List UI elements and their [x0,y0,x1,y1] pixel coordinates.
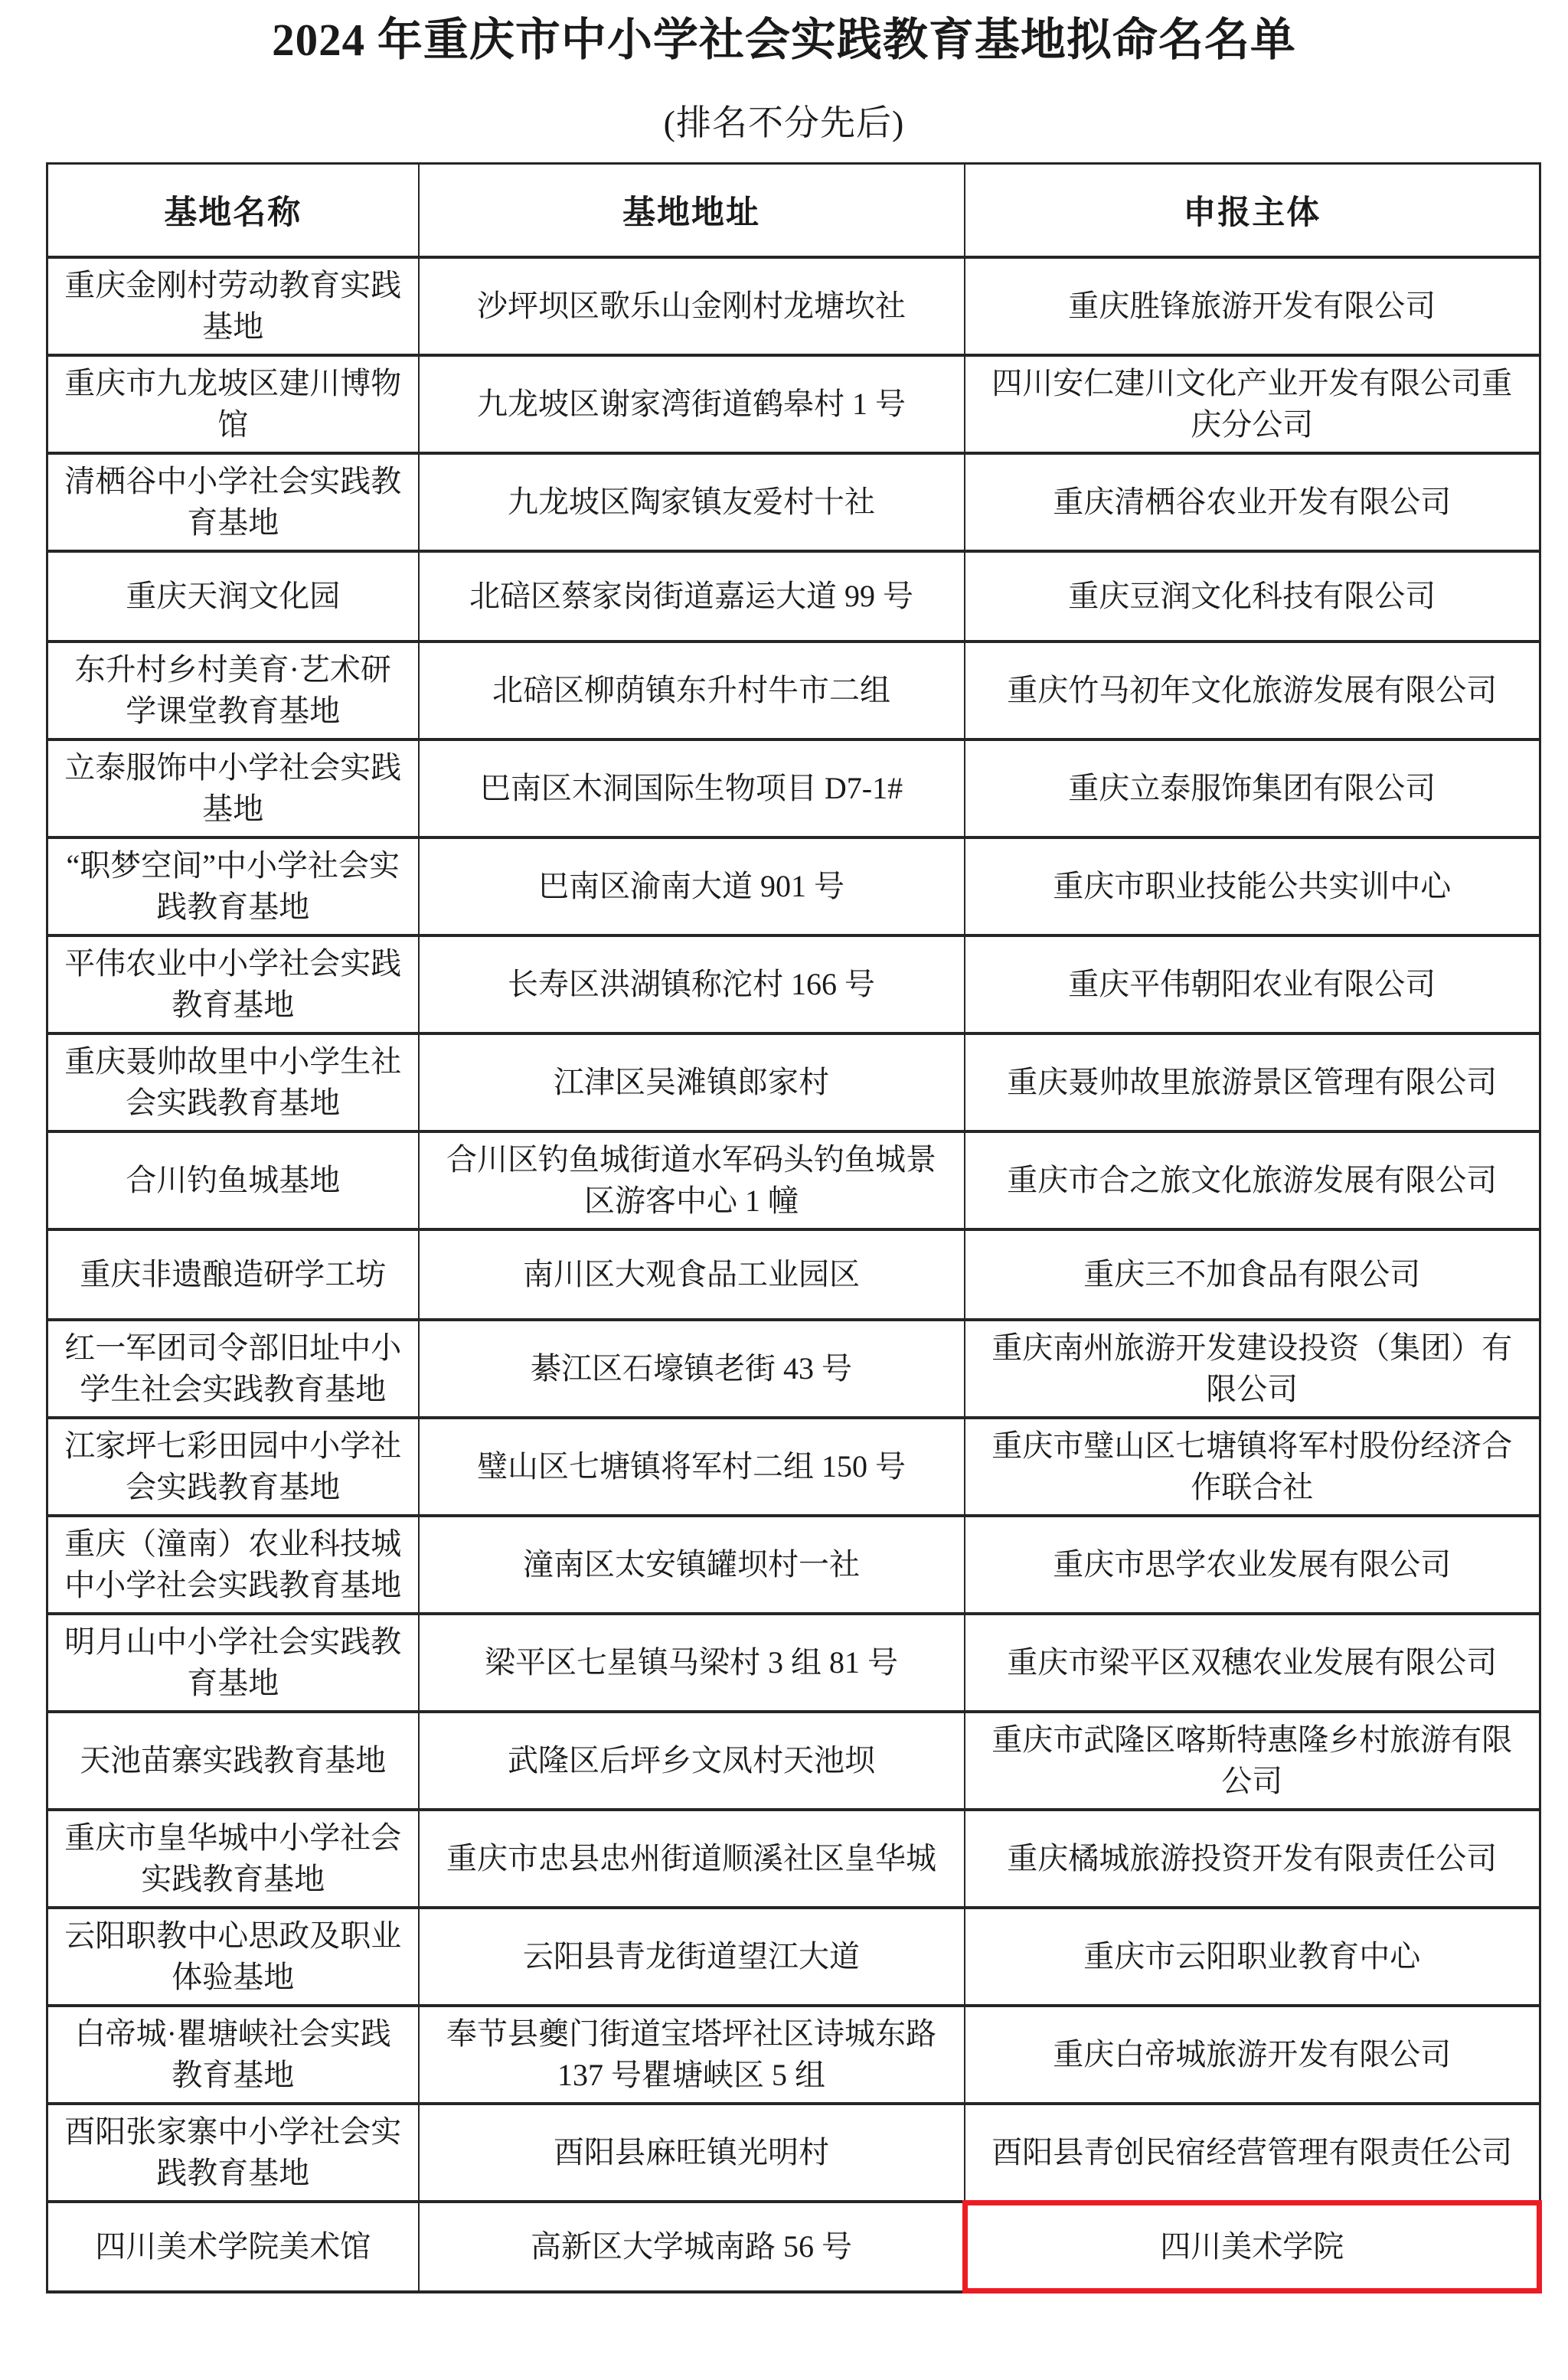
base-address-cell-text: 巴南区渝南大道 901 号 [538,869,844,903]
applicant-cell-text: 重庆市云阳职业教育中心 [1083,1939,1420,1974]
base-address-cell-text: 潼南区太安镇罐坝村一社 [523,1547,860,1582]
base-name-cell-text: 重庆非遗酿造研学工坊 [80,1257,386,1291]
table-row: 江家坪七彩田园中小学社会实践教育基地璧山区七塘镇将军村二组 150 号重庆市璧山… [47,1418,1540,1516]
table-row: 合川钓鱼城基地合川区钓鱼城街道水军码头钓鱼城景区游客中心 1 幢重庆市合之旅文化… [47,1131,1540,1229]
base-address-cell-text: 綦江区石壕镇老街 43 号 [531,1351,852,1386]
applicant-cell: 重庆市云阳职业教育中心 [965,1908,1540,2006]
base-name-cell: 天池苗寨实践教育基地 [47,1712,419,1810]
base-name-cell-text: 立泰服饰中小学社会实践基地 [64,750,401,826]
applicant-cell: 四川美术学院 [965,2202,1540,2292]
applicant-cell-text: 重庆橘城旅游投资开发有限责任公司 [1007,1841,1497,1876]
base-name-cell: 明月山中小学社会实践教育基地 [47,1614,419,1712]
base-address-cell-text: 云阳县青龙街道望江大道 [523,1939,860,1974]
applicant-cell-text: 重庆豆润文化科技有限公司 [1068,579,1436,613]
applicant-cell-text: 重庆平伟朝阳农业有限公司 [1068,967,1436,1001]
column-header-base-name: 基地名称 [47,163,419,257]
base-address-cell: 武隆区后坪乡文凤村天池坝 [419,1712,965,1810]
table-row: 立泰服饰中小学社会实践基地巴南区木洞国际生物项目 D7-1#重庆立泰服饰集团有限… [47,739,1540,837]
header-row: 基地名称 基地地址 申报主体 [47,163,1540,257]
applicant-cell-text: 重庆市合之旅文化旅游发展有限公司 [1007,1163,1497,1197]
base-address-cell-text: 梁平区七星镇马梁村 3 组 81 号 [485,1645,898,1680]
table-row: 云阳职教中心思政及职业体验基地云阳县青龙街道望江大道重庆市云阳职业教育中心 [47,1908,1540,2006]
table-row: “职梦空间”中小学社会实践教育基地巴南区渝南大道 901 号重庆市职业技能公共实… [47,837,1540,935]
applicant-cell: 重庆市璧山区七塘镇将军村股份经济合作联合社 [965,1418,1540,1516]
base-address-cell-text: 江津区吴滩镇郎家村 [554,1065,829,1099]
base-address-cell: 九龙坡区陶家镇友爱村十社 [419,453,965,551]
base-name-cell: 酉阳张家寨中小学社会实践教育基地 [47,2104,419,2202]
applicant-cell: 重庆胜锋旅游开发有限公司 [965,257,1540,355]
column-header-applicant: 申报主体 [965,163,1540,257]
applicant-cell: 重庆市合之旅文化旅游发展有限公司 [965,1131,1540,1229]
applicant-cell-text: 重庆竹马初年文化旅游发展有限公司 [1007,673,1497,707]
base-name-cell-text: 合川钓鱼城基地 [126,1163,340,1197]
base-address-cell: 高新区大学城南路 56 号 [419,2202,965,2292]
applicant-cell: 四川安仁建川文化产业开发有限公司重庆分公司 [965,355,1540,453]
base-name-cell: 红一军团司令部旧址中小学生社会实践教育基地 [47,1320,419,1418]
applicant-cell-text: 四川美术学院 [1160,2229,1344,2264]
table-row: 四川美术学院美术馆高新区大学城南路 56 号四川美术学院 [47,2202,1540,2292]
base-name-cell-text: 四川美术学院美术馆 [95,2229,371,2264]
base-name-cell: 重庆聂帅故里中小学生社会实践教育基地 [47,1033,419,1131]
base-address-cell-text: 长寿区洪湖镇称沱村 166 号 [508,967,875,1001]
base-name-cell-text: 云阳职教中心思政及职业体验基地 [64,1918,401,1994]
applicant-cell: 重庆聂帅故里旅游景区管理有限公司 [965,1033,1540,1131]
base-name-cell-text: 天池苗寨实践教育基地 [80,1743,386,1778]
table-row: 天池苗寨实践教育基地武隆区后坪乡文凤村天池坝重庆市武隆区喀斯特惠隆乡村旅游有限公… [47,1712,1540,1810]
base-name-cell-text: 东升村乡村美育·艺术研学课堂教育基地 [75,652,391,728]
base-name-cell: 云阳职教中心思政及职业体验基地 [47,1908,419,2006]
base-address-cell-text: 九龙坡区陶家镇友爱村十社 [508,485,875,519]
base-name-cell-text: 清栖谷中小学社会实践教育基地 [64,464,401,540]
base-address-cell: 沙坪坝区歌乐山金刚村龙塘坎社 [419,257,965,355]
table-row: 红一军团司令部旧址中小学生社会实践教育基地綦江区石壕镇老街 43 号重庆南州旅游… [47,1320,1540,1418]
base-name-cell: 江家坪七彩田园中小学社会实践教育基地 [47,1418,419,1516]
base-address-cell-text: 北碚区柳荫镇东升村牛市二组 [492,673,890,707]
table-body: 重庆金刚村劳动教育实践基地沙坪坝区歌乐山金刚村龙塘坎社重庆胜锋旅游开发有限公司重… [47,257,1540,2292]
applicant-cell: 重庆平伟朝阳农业有限公司 [965,935,1540,1033]
base-address-cell: 巴南区渝南大道 901 号 [419,837,965,935]
base-address-cell: 合川区钓鱼城街道水军码头钓鱼城景区游客中心 1 幢 [419,1131,965,1229]
base-address-cell-text: 武隆区后坪乡文凤村天池坝 [508,1743,875,1778]
table-row: 清栖谷中小学社会实践教育基地九龙坡区陶家镇友爱村十社重庆清栖谷农业开发有限公司 [47,453,1540,551]
table-row: 重庆市九龙坡区建川博物馆九龙坡区谢家湾街道鹤皋村 1 号四川安仁建川文化产业开发… [47,355,1540,453]
base-address-cell: 九龙坡区谢家湾街道鹤皋村 1 号 [419,355,965,453]
applicant-cell: 重庆竹马初年文化旅游发展有限公司 [965,642,1540,739]
base-name-cell: 白帝城·瞿塘峡社会实践教育基地 [47,2006,419,2104]
base-name-cell-text: 重庆市皇华城中小学社会实践教育基地 [64,1820,401,1896]
base-address-cell: 巴南区木洞国际生物项目 D7-1# [419,739,965,837]
base-address-cell: 北碚区柳荫镇东升村牛市二组 [419,642,965,739]
document-page: 2024 年重庆市中小学社会实践教育基地拟命名名单 (排名不分先后) 基地名称 … [0,0,1568,2380]
base-name-cell-text: 重庆天润文化园 [126,579,340,613]
base-name-cell: 东升村乡村美育·艺术研学课堂教育基地 [47,642,419,739]
applicant-cell: 重庆白帝城旅游开发有限公司 [965,2006,1540,2104]
applicant-cell: 重庆豆润文化科技有限公司 [965,551,1540,642]
applicant-cell-text: 重庆市武隆区喀斯特惠隆乡村旅游有限公司 [991,1722,1512,1798]
column-header-base-address: 基地地址 [419,163,965,257]
base-name-cell: 重庆市九龙坡区建川博物馆 [47,355,419,453]
applicant-cell: 重庆立泰服饰集团有限公司 [965,739,1540,837]
applicant-cell: 重庆市梁平区双穗农业发展有限公司 [965,1614,1540,1712]
applicant-cell: 重庆市思学农业发展有限公司 [965,1516,1540,1614]
table-header: 基地名称 基地地址 申报主体 [47,163,1540,257]
page-title: 2024 年重庆市中小学社会实践教育基地拟命名名单 [0,12,1568,69]
base-name-cell: 清栖谷中小学社会实践教育基地 [47,453,419,551]
applicant-cell-text: 酉阳县青创民宿经营管理有限责任公司 [991,2135,1512,2169]
base-address-cell-text: 沙坪坝区歌乐山金刚村龙塘坎社 [477,289,906,323]
table-row: 平伟农业中小学社会实践教育基地长寿区洪湖镇称沱村 166 号重庆平伟朝阳农业有限… [47,935,1540,1033]
base-name-cell: “职梦空间”中小学社会实践教育基地 [47,837,419,935]
applicant-cell: 重庆清栖谷农业开发有限公司 [965,453,1540,551]
table-row: 重庆非遗酿造研学工坊南川区大观食品工业园区重庆三不加食品有限公司 [47,1229,1540,1320]
applicant-cell-text: 重庆胜锋旅游开发有限公司 [1068,289,1436,323]
base-address-cell-text: 北碚区蔡家岗街道嘉运大道 99 号 [469,579,913,613]
applicant-cell-text: 重庆立泰服饰集团有限公司 [1068,771,1436,805]
base-address-cell: 酉阳县麻旺镇光明村 [419,2104,965,2202]
bases-table: 基地名称 基地地址 申报主体 重庆金刚村劳动教育实践基地沙坪坝区歌乐山金刚村龙塘… [46,162,1541,2294]
base-name-cell: 四川美术学院美术馆 [47,2202,419,2292]
applicant-cell: 酉阳县青创民宿经营管理有限责任公司 [965,2104,1540,2202]
base-address-cell-text: 重庆市忠县忠州街道顺溪社区皇华城 [446,1841,936,1876]
base-name-cell-text: “职梦空间”中小学社会实践教育基地 [66,848,400,924]
applicant-cell: 重庆市职业技能公共实训中心 [965,837,1540,935]
applicant-cell-text: 重庆市思学农业发展有限公司 [1053,1547,1451,1582]
base-name-cell-text: 白帝城·瞿塘峡社会实践教育基地 [75,2016,391,2092]
base-name-cell-text: 重庆（潼南）农业科技城中小学社会实践教育基地 [64,1526,401,1602]
base-address-cell-text: 高新区大学城南路 56 号 [531,2229,852,2264]
base-address-cell-text: 璧山区七塘镇将军村二组 150 号 [477,1449,906,1484]
base-name-cell-text: 重庆聂帅故里中小学生社会实践教育基地 [64,1044,401,1120]
table-row: 白帝城·瞿塘峡社会实践教育基地奉节县夔门街道宝塔坪社区诗城东路 137 号瞿塘峡… [47,2006,1540,2104]
applicant-cell: 重庆橘城旅游投资开发有限责任公司 [965,1810,1540,1908]
base-name-cell: 重庆天润文化园 [47,551,419,642]
base-name-cell-text: 重庆金刚村劳动教育实践基地 [64,268,401,344]
base-address-cell: 北碚区蔡家岗街道嘉运大道 99 号 [419,551,965,642]
base-address-cell: 云阳县青龙街道望江大道 [419,1908,965,2006]
base-name-cell-text: 酉阳张家寨中小学社会实践教育基地 [64,2114,401,2190]
base-name-cell: 重庆市皇华城中小学社会实践教育基地 [47,1810,419,1908]
table-row: 重庆天润文化园北碚区蔡家岗街道嘉运大道 99 号重庆豆润文化科技有限公司 [47,551,1540,642]
base-name-cell-text: 江家坪七彩田园中小学社会实践教育基地 [64,1428,401,1504]
base-address-cell-text: 合川区钓鱼城街道水军码头钓鱼城景区游客中心 1 幢 [446,1142,936,1218]
base-address-cell: 綦江区石壕镇老街 43 号 [419,1320,965,1418]
table-row: 重庆市皇华城中小学社会实践教育基地重庆市忠县忠州街道顺溪社区皇华城重庆橘城旅游投… [47,1810,1540,1908]
base-name-cell: 立泰服饰中小学社会实践基地 [47,739,419,837]
applicant-cell-text: 重庆南州旅游开发建设投资（集团）有限公司 [991,1330,1512,1406]
base-address-cell-text: 奉节县夔门街道宝塔坪社区诗城东路 137 号瞿塘峡区 5 组 [446,2016,936,2092]
base-address-cell: 奉节县夔门街道宝塔坪社区诗城东路 137 号瞿塘峡区 5 组 [419,2006,965,2104]
base-name-cell-text: 平伟农业中小学社会实践教育基地 [64,946,401,1022]
base-address-cell: 梁平区七星镇马梁村 3 组 81 号 [419,1614,965,1712]
table-row: 酉阳张家寨中小学社会实践教育基地酉阳县麻旺镇光明村酉阳县青创民宿经营管理有限责任… [47,2104,1540,2202]
applicant-cell: 重庆市武隆区喀斯特惠隆乡村旅游有限公司 [965,1712,1540,1810]
applicant-cell-text: 重庆三不加食品有限公司 [1083,1257,1420,1291]
page-subtitle: (排名不分先后) [0,95,1568,145]
applicant-cell-text: 四川安仁建川文化产业开发有限公司重庆分公司 [991,366,1512,442]
base-address-cell: 江津区吴滩镇郎家村 [419,1033,965,1131]
base-name-cell: 重庆（潼南）农业科技城中小学社会实践教育基地 [47,1516,419,1614]
applicant-cell: 重庆三不加食品有限公司 [965,1229,1540,1320]
base-address-cell-text: 九龙坡区谢家湾街道鹤皋村 1 号 [477,387,906,421]
table-row: 重庆金刚村劳动教育实践基地沙坪坝区歌乐山金刚村龙塘坎社重庆胜锋旅游开发有限公司 [47,257,1540,355]
base-address-cell: 重庆市忠县忠州街道顺溪社区皇华城 [419,1810,965,1908]
base-address-cell-text: 南川区大观食品工业园区 [523,1257,860,1291]
base-name-cell: 合川钓鱼城基地 [47,1131,419,1229]
base-name-cell: 重庆非遗酿造研学工坊 [47,1229,419,1320]
base-name-cell-text: 重庆市九龙坡区建川博物馆 [64,366,401,442]
table-row: 东升村乡村美育·艺术研学课堂教育基地北碚区柳荫镇东升村牛市二组重庆竹马初年文化旅… [47,642,1540,739]
base-address-cell: 潼南区太安镇罐坝村一社 [419,1516,965,1614]
table-row: 明月山中小学社会实践教育基地梁平区七星镇马梁村 3 组 81 号重庆市梁平区双穗… [47,1614,1540,1712]
base-address-cell: 南川区大观食品工业园区 [419,1229,965,1320]
base-name-cell-text: 明月山中小学社会实践教育基地 [64,1624,401,1700]
base-name-cell-text: 红一军团司令部旧址中小学生社会实践教育基地 [64,1330,401,1406]
table-row: 重庆（潼南）农业科技城中小学社会实践教育基地潼南区太安镇罐坝村一社重庆市思学农业… [47,1516,1540,1614]
base-address-cell: 璧山区七塘镇将军村二组 150 号 [419,1418,965,1516]
applicant-cell-text: 重庆聂帅故里旅游景区管理有限公司 [1007,1065,1497,1099]
base-name-cell: 重庆金刚村劳动教育实践基地 [47,257,419,355]
applicant-cell-text: 重庆市梁平区双穗农业发展有限公司 [1007,1645,1497,1680]
base-address-cell-text: 巴南区木洞国际生物项目 D7-1# [480,771,903,805]
applicant-cell-text: 重庆白帝城旅游开发有限公司 [1053,2037,1451,2071]
table-row: 重庆聂帅故里中小学生社会实践教育基地江津区吴滩镇郎家村重庆聂帅故里旅游景区管理有… [47,1033,1540,1131]
base-name-cell: 平伟农业中小学社会实践教育基地 [47,935,419,1033]
applicant-cell-text: 重庆清栖谷农业开发有限公司 [1053,485,1451,519]
base-address-cell: 长寿区洪湖镇称沱村 166 号 [419,935,965,1033]
applicant-cell-text: 重庆市职业技能公共实训中心 [1053,869,1451,903]
applicant-cell-text: 重庆市璧山区七塘镇将军村股份经济合作联合社 [991,1428,1512,1504]
base-address-cell-text: 酉阳县麻旺镇光明村 [554,2135,829,2169]
applicant-cell: 重庆南州旅游开发建设投资（集团）有限公司 [965,1320,1540,1418]
